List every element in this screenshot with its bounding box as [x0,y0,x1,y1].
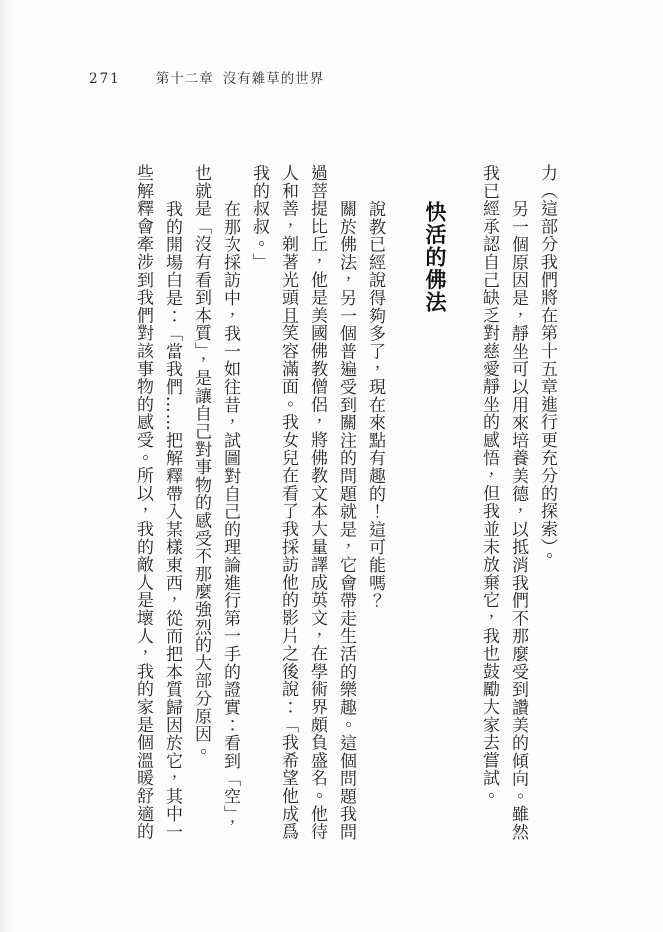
paragraph: 關於佛法，另一個普遍受到關注的問題就是，它會帶走生活的樂趣。這個問題我問過菩提比… [244,164,360,841]
running-head: 271第十二章沒有雜草的世界 [89,71,324,87]
paragraph-continuation: 力（這部分我們將在第十五章進行更充分的探索）。 [532,164,561,841]
scan-edge-shade [0,0,16,932]
chapter-number: 第十二章 [156,71,214,87]
section-heading: 快活的佛法 [421,164,450,841]
paragraph: 在那次採訪中，我一如往昔，試圖對自己的理論進行第一手的證實：看到「空」，也就是「… [186,164,244,841]
chapter-title: 沒有雜草的世界 [223,71,325,87]
book-page: 271第十二章沒有雜草的世界 力（這部分我們將在第十五章進行更充分的探索）。 另… [0,0,663,932]
paragraph: 說教已經說得夠多了，現在來點有趣的！這可能嗎？ [360,164,389,841]
paragraph: 我的開場白是：「當我們……把解釋帶入某樣東西，從而把本質歸因於它，其中一些解釋會… [128,164,186,841]
paragraph: 另一個原因是，靜坐可以用來培養美德，以抵消我們不那麼受到讚美的傾向。雖然我已經承… [474,164,532,841]
page-body: 力（這部分我們將在第十五章進行更充分的探索）。 另一個原因是，靜坐可以用來培養美… [99,164,561,841]
page-number: 271 [89,71,121,87]
